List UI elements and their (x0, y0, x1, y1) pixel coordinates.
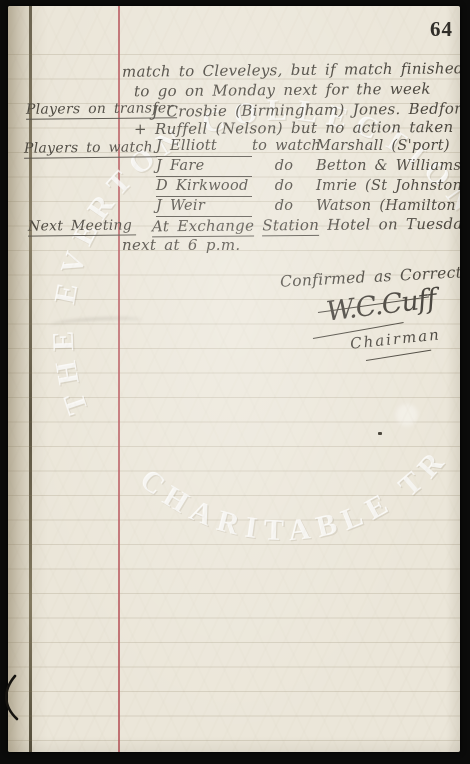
watched-player-name: J Fare (156, 158, 252, 177)
watch-detail: Imrie (St Johnstone) (316, 178, 460, 194)
next-meeting-venue: At Exchange (152, 217, 254, 238)
paper-blemish (396, 404, 418, 426)
minutes-line: to go on Monday next for the week (134, 80, 431, 101)
watch-detail: Betton & Williams (Chesterfield) (316, 158, 460, 174)
margin-heading-next-meeting: Next Meeting (28, 217, 136, 236)
pencil-smudge (50, 316, 142, 331)
minutes-line: match to Cleveleys, but if match finishe… (122, 59, 460, 81)
ditto-mark: do (252, 178, 316, 194)
margin-heading-players-to-watch: Players to watch (24, 139, 157, 158)
chairman-signature: W.C.Cuff (325, 283, 438, 327)
ditto-mark: do (252, 198, 316, 214)
watched-player-name: J Elliott (156, 138, 252, 157)
scanned-minute-book-photo: THE EVERTON COLLECTION THE EVERTON COLLE… (0, 0, 470, 764)
next-meeting-station: Station (262, 216, 319, 236)
binding-crescent-mark (0, 0, 30, 764)
watched-player-name: J Weir (156, 198, 252, 217)
watch-detail: Marshall (S'port) (316, 138, 450, 154)
ditto-mark: to watch (252, 138, 316, 154)
watch-row: J Fare do Betton & Williams (Chesterfiel… (156, 158, 460, 177)
minutes-line: + Ruffell (Nelson) but no action taken (134, 118, 454, 138)
ink-speck (378, 432, 382, 435)
next-meeting-rest: Hotel on Tuesday (327, 215, 460, 234)
page-number: 64 (430, 17, 453, 42)
watch-detail: Watson (Hamilton Acad) (316, 198, 460, 214)
watch-row: D Kirkwood do Imrie (St Johnstone) (156, 178, 460, 197)
ditto-mark: do (252, 158, 316, 174)
ledger-page: THE EVERTON COLLECTION THE EVERTON COLLE… (8, 6, 460, 752)
watched-player-name: D Kirkwood (156, 178, 252, 197)
signature-flourish-line (366, 350, 431, 362)
minutes-line: At Exchange Station Hotel on Tuesday (152, 215, 460, 236)
watch-row: J Elliott to watch Marshall (S'port) (156, 138, 450, 157)
minutes-line: next at 6 p.m. (122, 236, 240, 254)
